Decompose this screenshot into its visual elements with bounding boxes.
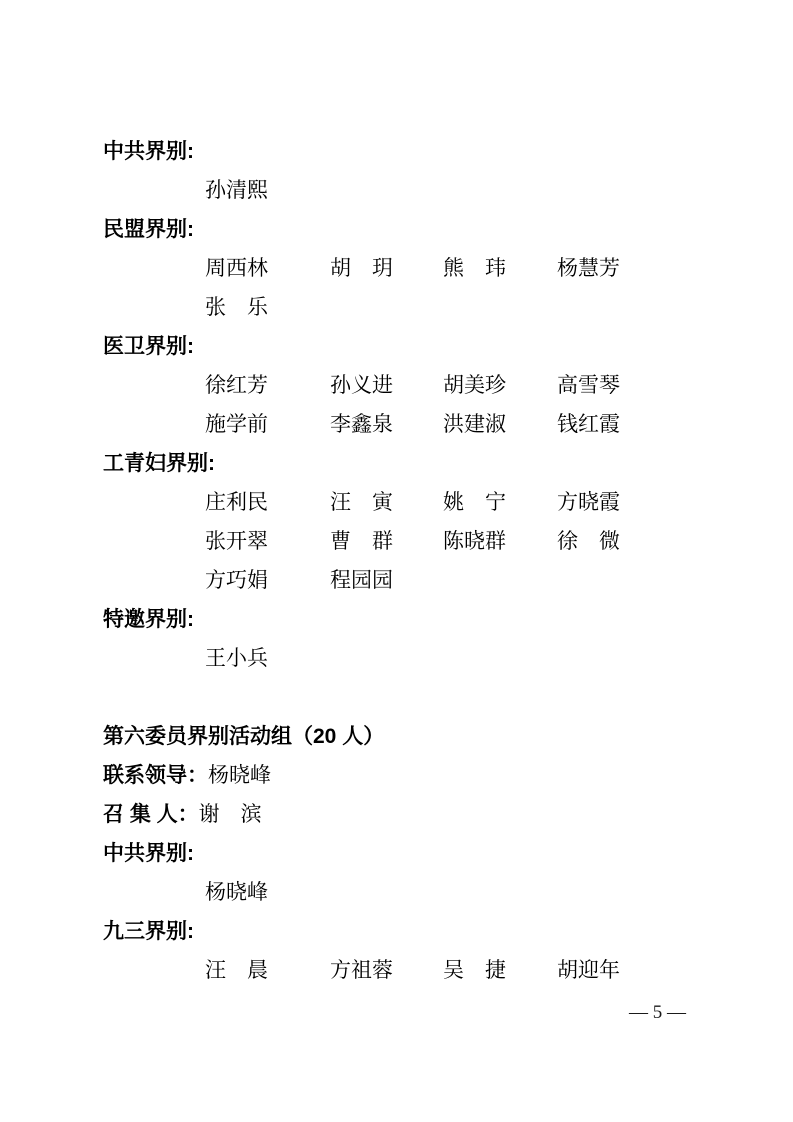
meta-label: 召 集 人：	[103, 803, 199, 826]
activity-group: 第六委员界别活动组（20 人）联系领导：杨晓峰召 集 人：谢 滨中共界别:杨晓峰…	[103, 717, 733, 990]
name-row: 张 乐	[205, 288, 733, 327]
person-name: 张 乐	[205, 288, 330, 327]
person-name: 胡迎年	[557, 951, 733, 990]
person-name: 方晓霞	[557, 483, 733, 522]
person-name: 王小兵	[205, 639, 330, 678]
page-number: — 5 —	[629, 1002, 686, 1023]
sector-label: 中共界别:	[103, 132, 733, 171]
person-name: 施学前	[205, 405, 330, 444]
person-name: 熊 玮	[443, 249, 557, 288]
person-name: 周西林	[205, 249, 330, 288]
sector-label: 中共界别:	[103, 834, 733, 873]
person-name: 李鑫泉	[330, 405, 443, 444]
meta-row: 联系领导：杨晓峰	[103, 756, 733, 795]
person-name: 汪 寅	[330, 483, 443, 522]
person-name: 汪 晨	[205, 951, 330, 990]
person-name: 杨慧芳	[557, 249, 733, 288]
meta-value: 杨晓峰	[208, 763, 271, 787]
meta-row: 召 集 人：谢 滨	[103, 795, 733, 834]
meta-label: 联系领导：	[103, 764, 208, 787]
person-name: 陈晓群	[443, 522, 557, 561]
person-name: 张开翠	[205, 522, 330, 561]
person-name: 徐红芳	[205, 366, 330, 405]
group-title: 第六委员界别活动组（20 人）	[103, 717, 733, 756]
name-row: 庄利民汪 寅姚 宁方晓霞	[205, 483, 733, 522]
sector-label: 特邀界别:	[103, 600, 733, 639]
person-name: 方巧娟	[205, 561, 330, 600]
sector-label: 工青妇界别:	[103, 444, 733, 483]
name-row: 施学前李鑫泉洪建淑钱红霞	[205, 405, 733, 444]
person-name: 程园园	[330, 561, 443, 600]
name-row: 杨晓峰	[205, 873, 733, 912]
name-row: 徐红芳孙义进胡美珍高雪琴	[205, 366, 733, 405]
name-row: 汪 晨方祖蓉吴 捷胡迎年	[205, 951, 733, 990]
person-name: 方祖蓉	[330, 951, 443, 990]
name-row: 张开翠曹 群陈晓群徐 微	[205, 522, 733, 561]
person-name: 高雪琴	[557, 366, 733, 405]
person-name: 吴 捷	[443, 951, 557, 990]
person-name: 庄利民	[205, 483, 330, 522]
person-name: 杨晓峰	[205, 873, 330, 912]
person-name: 徐 微	[557, 522, 733, 561]
person-name: 洪建淑	[443, 405, 557, 444]
name-row: 王小兵	[205, 639, 733, 678]
person-name: 孙清熙	[205, 171, 330, 210]
meta-value: 谢 滨	[199, 802, 262, 826]
person-name: 钱红霞	[557, 405, 733, 444]
name-row: 孙清熙	[205, 171, 733, 210]
person-name: 姚 宁	[443, 483, 557, 522]
sector-label: 九三界别:	[103, 912, 733, 951]
document-body: 中共界别:孙清熙民盟界别:周西林胡 玥熊 玮杨慧芳张 乐医卫界别:徐红芳孙义进胡…	[103, 132, 733, 990]
sector-label: 民盟界别:	[103, 210, 733, 249]
person-name: 胡美珍	[443, 366, 557, 405]
name-row: 方巧娟程园园	[205, 561, 733, 600]
name-row: 周西林胡 玥熊 玮杨慧芳	[205, 249, 733, 288]
person-name: 胡 玥	[330, 249, 443, 288]
person-name: 孙义进	[330, 366, 443, 405]
sector-label: 医卫界别:	[103, 327, 733, 366]
activity-group: 中共界别:孙清熙民盟界别:周西林胡 玥熊 玮杨慧芳张 乐医卫界别:徐红芳孙义进胡…	[103, 132, 733, 678]
document-page: 中共界别:孙清熙民盟界别:周西林胡 玥熊 玮杨慧芳张 乐医卫界别:徐红芳孙义进胡…	[0, 0, 793, 1122]
person-name: 曹 群	[330, 522, 443, 561]
